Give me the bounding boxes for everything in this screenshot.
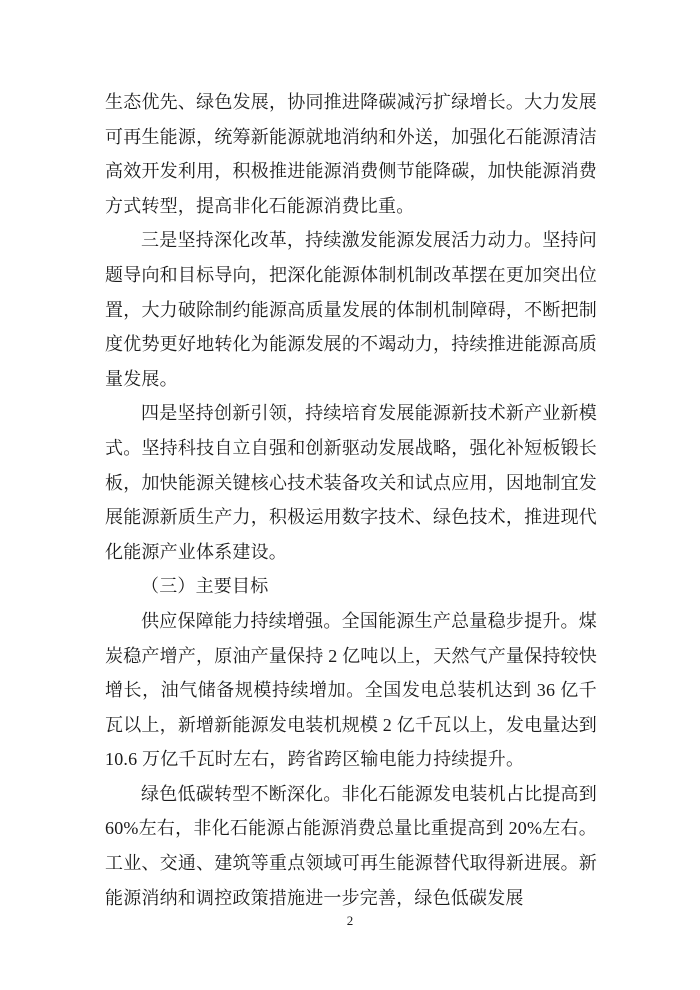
body-paragraph: 供应保障能力持续增强。全国能源生产总量稳步提升。煤炭稳产增产，原油产量保持 2 … bbox=[105, 604, 597, 777]
body-paragraph: 四是坚持创新引领，持续培育发展能源新技术新产业新模式。坚持科技自立自强和创新驱动… bbox=[105, 396, 597, 569]
page-body: 生态优先、绿色发展，协同推进降碳减污扩绿增长。大力发展可再生能源，统筹新能源就地… bbox=[105, 85, 597, 915]
page-footer: 2 bbox=[0, 912, 700, 930]
page-number: 2 bbox=[347, 913, 354, 928]
body-paragraph: 绿色低碳转型不断深化。非化石能源发电装机占比提高到 60%左右，非化石能源占能源… bbox=[105, 777, 597, 915]
document-page: 生态优先、绿色发展，协同推进降碳减污扩绿增长。大力发展可再生能源，统筹新能源就地… bbox=[0, 0, 700, 990]
body-paragraph-continuation: 生态优先、绿色发展，协同推进降碳减污扩绿增长。大力发展可再生能源，统筹新能源就地… bbox=[105, 85, 597, 223]
section-heading: （三）主要目标 bbox=[105, 569, 597, 604]
body-paragraph: 三是坚持深化改革，持续激发能源发展活力动力。坚持问题导向和目标导向，把深化能源体… bbox=[105, 223, 597, 396]
